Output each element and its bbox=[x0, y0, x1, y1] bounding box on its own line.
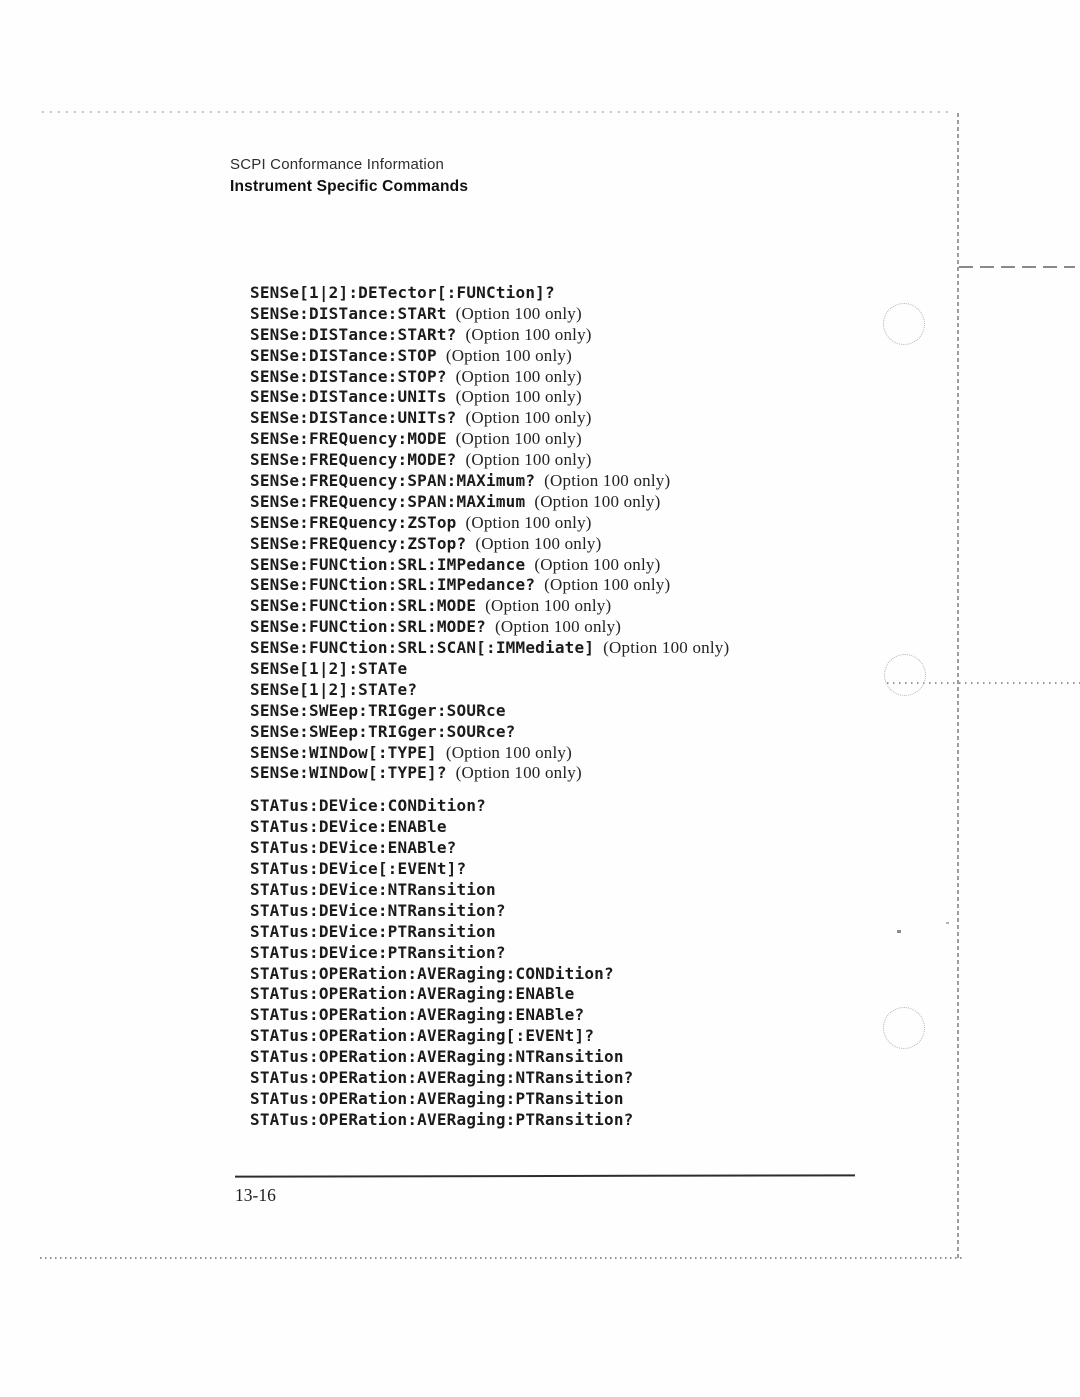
command-line: STATus:DEVice:ENABle bbox=[250, 817, 970, 838]
option-note-text: (Option 100 only) bbox=[485, 596, 611, 615]
command-line: STATus:DEVice[:EVENt]? bbox=[250, 859, 970, 880]
command-line: SENSe:DISTance:UNITs?(Option 100 only) bbox=[250, 408, 970, 429]
scpi-command-text: SENSe:FREQuency:SPAN:MAXimum? bbox=[250, 471, 535, 490]
command-line: SENSe:FREQuency:SPAN:MAXimum?(Option 100… bbox=[250, 471, 970, 492]
command-line: STATus:DEVice:PTRansition? bbox=[250, 943, 970, 964]
section-title: Instrument Specific Commands bbox=[230, 178, 468, 196]
scpi-command-text: SENSe:FREQuency:SPAN:MAXimum bbox=[250, 492, 525, 511]
option-note-text: (Option 100 only) bbox=[456, 367, 582, 386]
scanned-manual-page: SCPI Conformance Information Instrument … bbox=[0, 0, 1080, 1397]
scpi-command-text: STATus:OPERation:AVERaging:CONDition? bbox=[250, 964, 614, 983]
scpi-command-text: SENSe:FREQuency:MODE? bbox=[250, 450, 457, 469]
command-line: SENSe:WINDow[:TYPE]?(Option 100 only) bbox=[250, 763, 970, 784]
scpi-command-text: SENSe:SWEep:TRIGger:SOURce bbox=[250, 701, 506, 720]
option-note-text: (Option 100 only) bbox=[466, 513, 592, 532]
option-note-text: (Option 100 only) bbox=[544, 471, 670, 490]
option-note-text: (Option 100 only) bbox=[456, 387, 582, 406]
option-note-text: (Option 100 only) bbox=[446, 346, 572, 365]
command-line: STATus:OPERation:AVERaging:ENABle bbox=[250, 984, 970, 1005]
option-note-text: (Option 100 only) bbox=[544, 575, 670, 594]
command-line: STATus:DEVice:ENABle? bbox=[250, 838, 970, 859]
option-note-text: (Option 100 only) bbox=[534, 555, 660, 574]
command-line: SENSe[1|2]:DETector[:FUNCtion]? bbox=[250, 283, 970, 304]
scpi-command-text: SENSe:DISTance:STOP bbox=[250, 346, 437, 365]
scpi-command-text: STATus:DEVice[:EVENt]? bbox=[250, 859, 466, 878]
option-note-text: (Option 100 only) bbox=[466, 450, 592, 469]
command-line: SENSe:DISTance:STARt(Option 100 only) bbox=[250, 304, 970, 325]
command-listing: SENSe[1|2]:DETector[:FUNCtion]? SENSe:DI… bbox=[250, 283, 970, 1131]
command-line: STATus:DEVice:CONDition? bbox=[250, 796, 970, 817]
scpi-command-text: SENSe:WINDow[:TYPE] bbox=[250, 743, 437, 762]
command-line: SENSe:DISTance:STOP?(Option 100 only) bbox=[250, 367, 970, 388]
command-line: STATus:OPERation:AVERaging:NTRansition? bbox=[250, 1068, 970, 1089]
command-line: STATus:DEVice:PTRansition bbox=[250, 922, 970, 943]
option-note-text: (Option 100 only) bbox=[475, 534, 601, 553]
scpi-command-text: SENSe:FREQuency:MODE bbox=[250, 429, 447, 448]
scpi-command-text: STATus:DEVice:NTRansition? bbox=[250, 901, 506, 920]
command-line: STATus:OPERation:AVERaging:CONDition? bbox=[250, 964, 970, 985]
scpi-command-text: STATus:OPERation:AVERaging:ENABle? bbox=[250, 1005, 584, 1024]
command-line: SENSe:FREQuency:ZSTop(Option 100 only) bbox=[250, 513, 970, 534]
page-header: SCPI Conformance Information Instrument … bbox=[230, 156, 468, 196]
scpi-command-text: SENSe:DISTance:STARt? bbox=[250, 325, 457, 344]
top-dotted-rule bbox=[42, 111, 953, 113]
scpi-command-text: SENSe:FUNCtion:SRL:MODE bbox=[250, 596, 476, 615]
scpi-command-text: STATus:OPERation:AVERaging:PTRansition? bbox=[250, 1110, 633, 1129]
command-line: STATus:OPERation:AVERaging:ENABle? bbox=[250, 1005, 970, 1026]
scpi-command-text: STATus:DEVice:PTRansition? bbox=[250, 943, 506, 962]
scpi-command-text: STATus:DEVice:ENABle? bbox=[250, 838, 457, 857]
command-line: SENSe:FREQuency:ZSTop?(Option 100 only) bbox=[250, 534, 970, 555]
scpi-command-text: STATus:DEVice:ENABle bbox=[250, 817, 447, 836]
scpi-command-text: SENSe:FUNCtion:SRL:SCAN[:IMMediate] bbox=[250, 638, 594, 657]
scpi-command-text: STATus:DEVice:NTRansition bbox=[250, 880, 496, 899]
command-line: SENSe:FUNCtion:SRL:IMPedance(Option 100 … bbox=[250, 555, 970, 576]
command-line: SENSe:SWEep:TRIGger:SOURce bbox=[250, 701, 970, 722]
option-note-text: (Option 100 only) bbox=[456, 304, 582, 323]
scpi-command-text: SENSe:DISTance:STOP? bbox=[250, 367, 447, 386]
scpi-command-text: SENSe:DISTance:STARt bbox=[250, 304, 447, 323]
command-line: SENSe:DISTance:STARt?(Option 100 only) bbox=[250, 325, 970, 346]
scpi-command-text: STATus:OPERation:AVERaging:NTRansition? bbox=[250, 1068, 633, 1087]
status-command-group: STATus:DEVice:CONDition? STATus:DEVice:E… bbox=[250, 796, 970, 1130]
option-note-text: (Option 100 only) bbox=[466, 408, 592, 427]
command-line: SENSe:FUNCtion:SRL:IMPedance?(Option 100… bbox=[250, 575, 970, 596]
scpi-command-text: SENSe[1|2]:STATe bbox=[250, 659, 407, 678]
scpi-command-text: SENSe:WINDow[:TYPE]? bbox=[250, 763, 447, 782]
command-line: STATus:OPERation:AVERaging[:EVENt]? bbox=[250, 1026, 970, 1047]
command-line: SENSe:SWEep:TRIGger:SOURce? bbox=[250, 722, 970, 743]
option-note-text: (Option 100 only) bbox=[456, 763, 582, 782]
command-line: SENSe[1|2]:STATe bbox=[250, 659, 970, 680]
option-note-text: (Option 100 only) bbox=[495, 617, 621, 636]
chapter-context-label: SCPI Conformance Information bbox=[230, 156, 468, 173]
scpi-command-text: STATus:OPERation:AVERaging[:EVENt]? bbox=[250, 1026, 594, 1045]
right-dashed-rule-upper bbox=[959, 266, 1075, 268]
sense-command-group: SENSe[1|2]:DETector[:FUNCtion]? SENSe:DI… bbox=[250, 283, 970, 784]
scpi-command-text: STATus:OPERation:AVERaging:NTRansition bbox=[250, 1047, 624, 1066]
scpi-command-text: STATus:DEVice:CONDition? bbox=[250, 796, 486, 815]
option-note-text: (Option 100 only) bbox=[603, 638, 729, 657]
command-line: SENSe:FREQuency:MODE?(Option 100 only) bbox=[250, 450, 970, 471]
command-line: SENSe:WINDow[:TYPE](Option 100 only) bbox=[250, 743, 970, 764]
scpi-command-text: STATus:OPERation:AVERaging:PTRansition bbox=[250, 1089, 624, 1108]
command-line: SENSe:FUNCtion:SRL:MODE?(Option 100 only… bbox=[250, 617, 970, 638]
scpi-command-text: SENSe:FREQuency:ZSTop bbox=[250, 513, 457, 532]
option-note-text: (Option 100 only) bbox=[456, 429, 582, 448]
scpi-command-text: SENSe:FUNCtion:SRL:IMPedance bbox=[250, 555, 525, 574]
footer-rule bbox=[235, 1174, 855, 1177]
command-line: SENSe:FUNCtion:SRL:SCAN[:IMMediate](Opti… bbox=[250, 638, 970, 659]
scpi-command-text: SENSe:FREQuency:ZSTop? bbox=[250, 534, 466, 553]
scpi-command-text: STATus:OPERation:AVERaging:ENABle bbox=[250, 984, 574, 1003]
scpi-command-text: SENSe[1|2]:STATe? bbox=[250, 680, 417, 699]
option-note-text: (Option 100 only) bbox=[446, 743, 572, 762]
bottom-dotted-rule bbox=[40, 1257, 965, 1259]
scpi-command-text: STATus:DEVice:PTRansition bbox=[250, 922, 496, 941]
command-line: STATus:DEVice:NTRansition bbox=[250, 880, 970, 901]
page-number: 13-16 bbox=[235, 1185, 276, 1206]
command-line: SENSe:FREQuency:MODE(Option 100 only) bbox=[250, 429, 970, 450]
scpi-command-text: SENSe:DISTance:UNITs? bbox=[250, 408, 457, 427]
scpi-command-text: SENSe:SWEep:TRIGger:SOURce? bbox=[250, 722, 516, 741]
scpi-command-text: SENSe:FUNCtion:SRL:MODE? bbox=[250, 617, 486, 636]
command-line: STATus:DEVice:NTRansition? bbox=[250, 901, 970, 922]
command-line: STATus:OPERation:AVERaging:NTRansition bbox=[250, 1047, 970, 1068]
command-line: STATus:OPERation:AVERaging:PTRansition? bbox=[250, 1110, 970, 1131]
scpi-command-text: SENSe:FUNCtion:SRL:IMPedance? bbox=[250, 575, 535, 594]
scpi-command-text: SENSe[1|2]:DETector[:FUNCtion]? bbox=[250, 283, 555, 302]
command-line: SENSe:DISTance:UNITs(Option 100 only) bbox=[250, 387, 970, 408]
option-note-text: (Option 100 only) bbox=[534, 492, 660, 511]
command-line: SENSe:DISTance:STOP(Option 100 only) bbox=[250, 346, 970, 367]
option-note-text: (Option 100 only) bbox=[466, 325, 592, 344]
command-line: SENSe[1|2]:STATe? bbox=[250, 680, 970, 701]
command-line: STATus:OPERation:AVERaging:PTRansition bbox=[250, 1089, 970, 1110]
command-line: SENSe:FREQuency:SPAN:MAXimum(Option 100 … bbox=[250, 492, 970, 513]
scpi-command-text: SENSe:DISTance:UNITs bbox=[250, 387, 447, 406]
command-line: SENSe:FUNCtion:SRL:MODE(Option 100 only) bbox=[250, 596, 970, 617]
